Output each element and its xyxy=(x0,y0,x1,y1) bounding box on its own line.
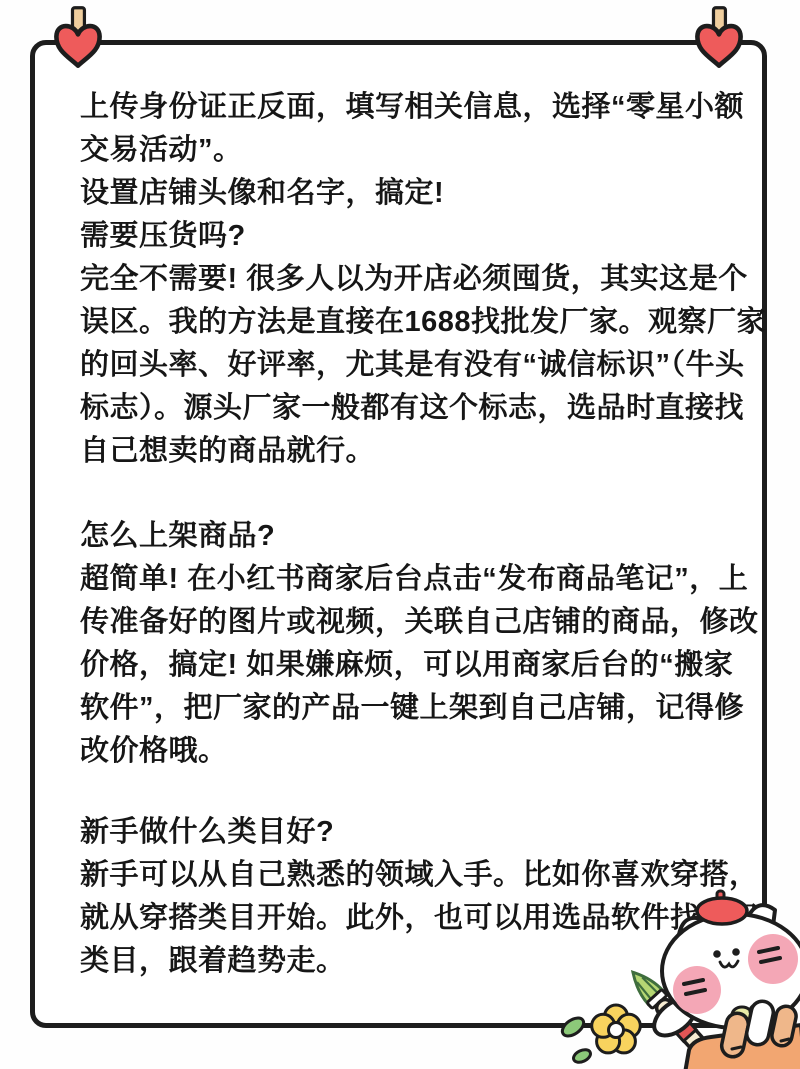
text-line: 的回头率、好评率，尤其是有没有“诚信标识”（牛头 xyxy=(80,344,730,387)
text-line: 超简单! 在小红书商家后台点击“发布商品笔记”，上 xyxy=(80,558,730,601)
paragraph-block: 上传身份证正反面，填写相关信息，选择“零星小额 交易活动”。 设置店铺头像和名字… xyxy=(80,86,730,473)
heart-pin-icon xyxy=(695,5,743,73)
heart-pin-icon xyxy=(54,5,102,73)
text-line: 需要压货吗? xyxy=(80,215,730,258)
beret-icon xyxy=(697,891,747,924)
text-line: 自己想卖的商品就行。 xyxy=(80,430,730,473)
text-line: 怎么上架商品? xyxy=(80,515,730,558)
flower-icon xyxy=(592,1005,641,1053)
text-line: 改价格哦。 xyxy=(80,730,730,773)
text-line: 误区。我的方法是直接在1688找批发厂家。观察厂家 xyxy=(80,301,730,344)
note-page: 上传身份证正反面，填写相关信息，选择“零星小额 交易活动”。 设置店铺头像和名字… xyxy=(0,0,800,1069)
text-line: 上传身份证正反面，填写相关信息，选择“零星小额 xyxy=(80,86,730,129)
text-line: 传准备好的图片或视频，关联自己店铺的商品，修改 xyxy=(80,601,730,644)
cat-mascot-illustration xyxy=(535,849,800,1069)
text-line: 新手做什么类目好? xyxy=(80,811,730,854)
text-line: 标志）。源头厂家一般都有这个标志，选品时直接找 xyxy=(80,387,730,430)
leaf-icon xyxy=(559,1014,592,1064)
paragraph-block: 怎么上架商品? 超简单! 在小红书商家后台点击“发布商品笔记”，上 传准备好的图… xyxy=(80,515,730,773)
text-line: 设置店铺头像和名字，搞定! xyxy=(80,172,730,215)
text-line: 价格，搞定! 如果嫌麻烦，可以用商家后台的“搬家 xyxy=(80,644,730,687)
text-line: 软件”，把厂家的产品一键上架到自己店铺，记得修 xyxy=(80,687,730,730)
text-line: 交易活动”。 xyxy=(80,129,730,172)
text-line: 完全不需要! 很多人以为开店必须囤货，其实这是个 xyxy=(80,258,730,301)
